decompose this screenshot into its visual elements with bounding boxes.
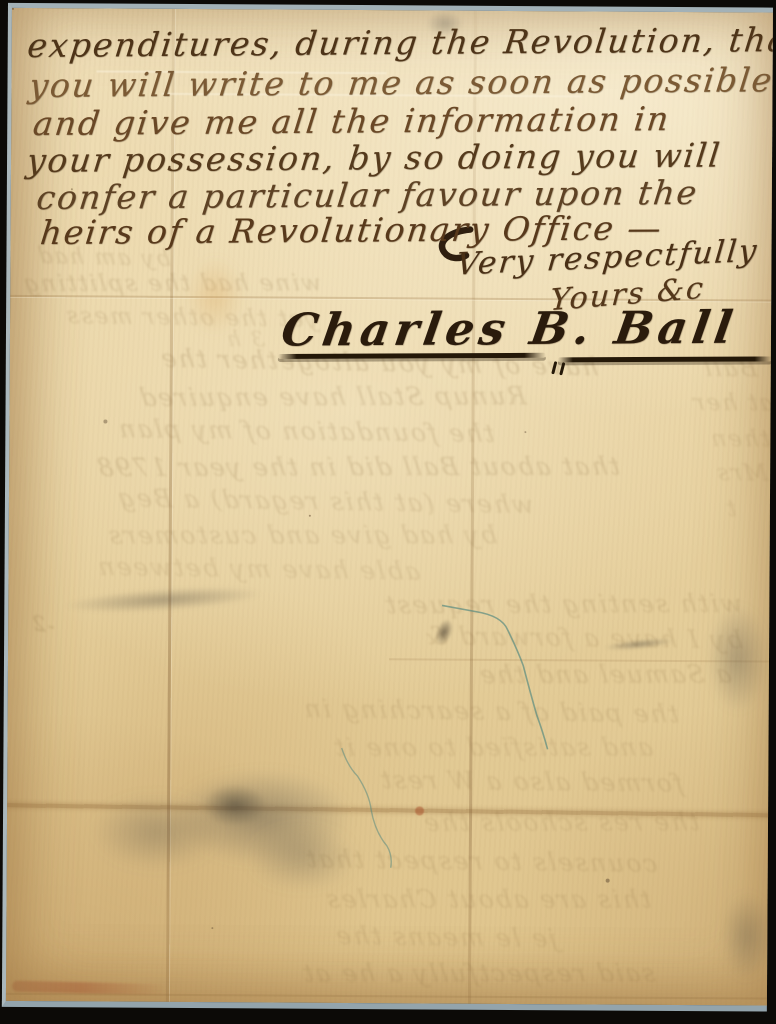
bleedthrough-line: Runup Stall have enquired bbox=[136, 381, 528, 412]
bleedthrough-line: the foundation of my plan bbox=[115, 414, 496, 448]
gray-smudge-streak bbox=[63, 583, 264, 618]
bleedthrough-line: then bbox=[708, 426, 772, 452]
scanned-letter: by am hadwine had the splittingyet the o… bbox=[0, 0, 776, 1024]
letter-line-1: expenditures, during the Revolution, tha… bbox=[26, 20, 773, 65]
horizontal-fold-bottom bbox=[6, 993, 767, 1000]
bleedthrough-line: wine had the splitting bbox=[21, 270, 323, 297]
signature: Charles B. Ball bbox=[278, 301, 741, 357]
bleedthrough-line: the res schools the bbox=[420, 807, 701, 837]
bleedthrough-line: the paid of a searching in bbox=[301, 694, 681, 729]
gray-smudge-right-low bbox=[721, 892, 773, 980]
letter-page: by am hadwine had the splittingyet the o… bbox=[2, 3, 773, 1012]
bleedthrough-line: formed also a W rest bbox=[377, 765, 685, 797]
gray-smudge-cluster bbox=[92, 793, 222, 869]
bleedthrough-line: and satisfied to one it bbox=[331, 733, 655, 762]
paper-speckles bbox=[12, 8, 14, 10]
bleedthrough-line: by I have a forward & bbox=[421, 621, 744, 654]
bleedthrough-line: at her bbox=[690, 390, 773, 417]
gray-smudge-core bbox=[202, 784, 267, 826]
bleedthrough-line: -2 bbox=[30, 610, 55, 637]
bleedthrough-line: said respectfully a he at bbox=[299, 959, 657, 988]
bleedthrough-line: this are about Charles bbox=[323, 885, 653, 914]
red-streak-bottom bbox=[12, 981, 167, 996]
bleedthrough-line: Mrs bbox=[713, 460, 769, 486]
bleedthrough-line: by had give and customers bbox=[105, 521, 499, 550]
bleedthrough-line: counsels to respect that bbox=[303, 844, 659, 878]
bleedthrough-line: able have my between bbox=[95, 552, 422, 586]
bleedthrough-line: t bbox=[723, 496, 738, 522]
bleedthrough-line: with senting the request bbox=[382, 589, 744, 620]
bleedthrough-line: where (at this regard) a Beg bbox=[115, 483, 535, 519]
bleedthrough-layer: by am hadwine had the splittingyet the o… bbox=[12, 8, 773, 13]
signature-underline-right bbox=[558, 356, 772, 362]
bleedthrough-line: je le means the bbox=[332, 921, 558, 953]
bleedthrough-line: that about Ball did in the year 1798 bbox=[93, 451, 621, 481]
bleedthrough-line: a Samuel and the bbox=[476, 659, 733, 689]
